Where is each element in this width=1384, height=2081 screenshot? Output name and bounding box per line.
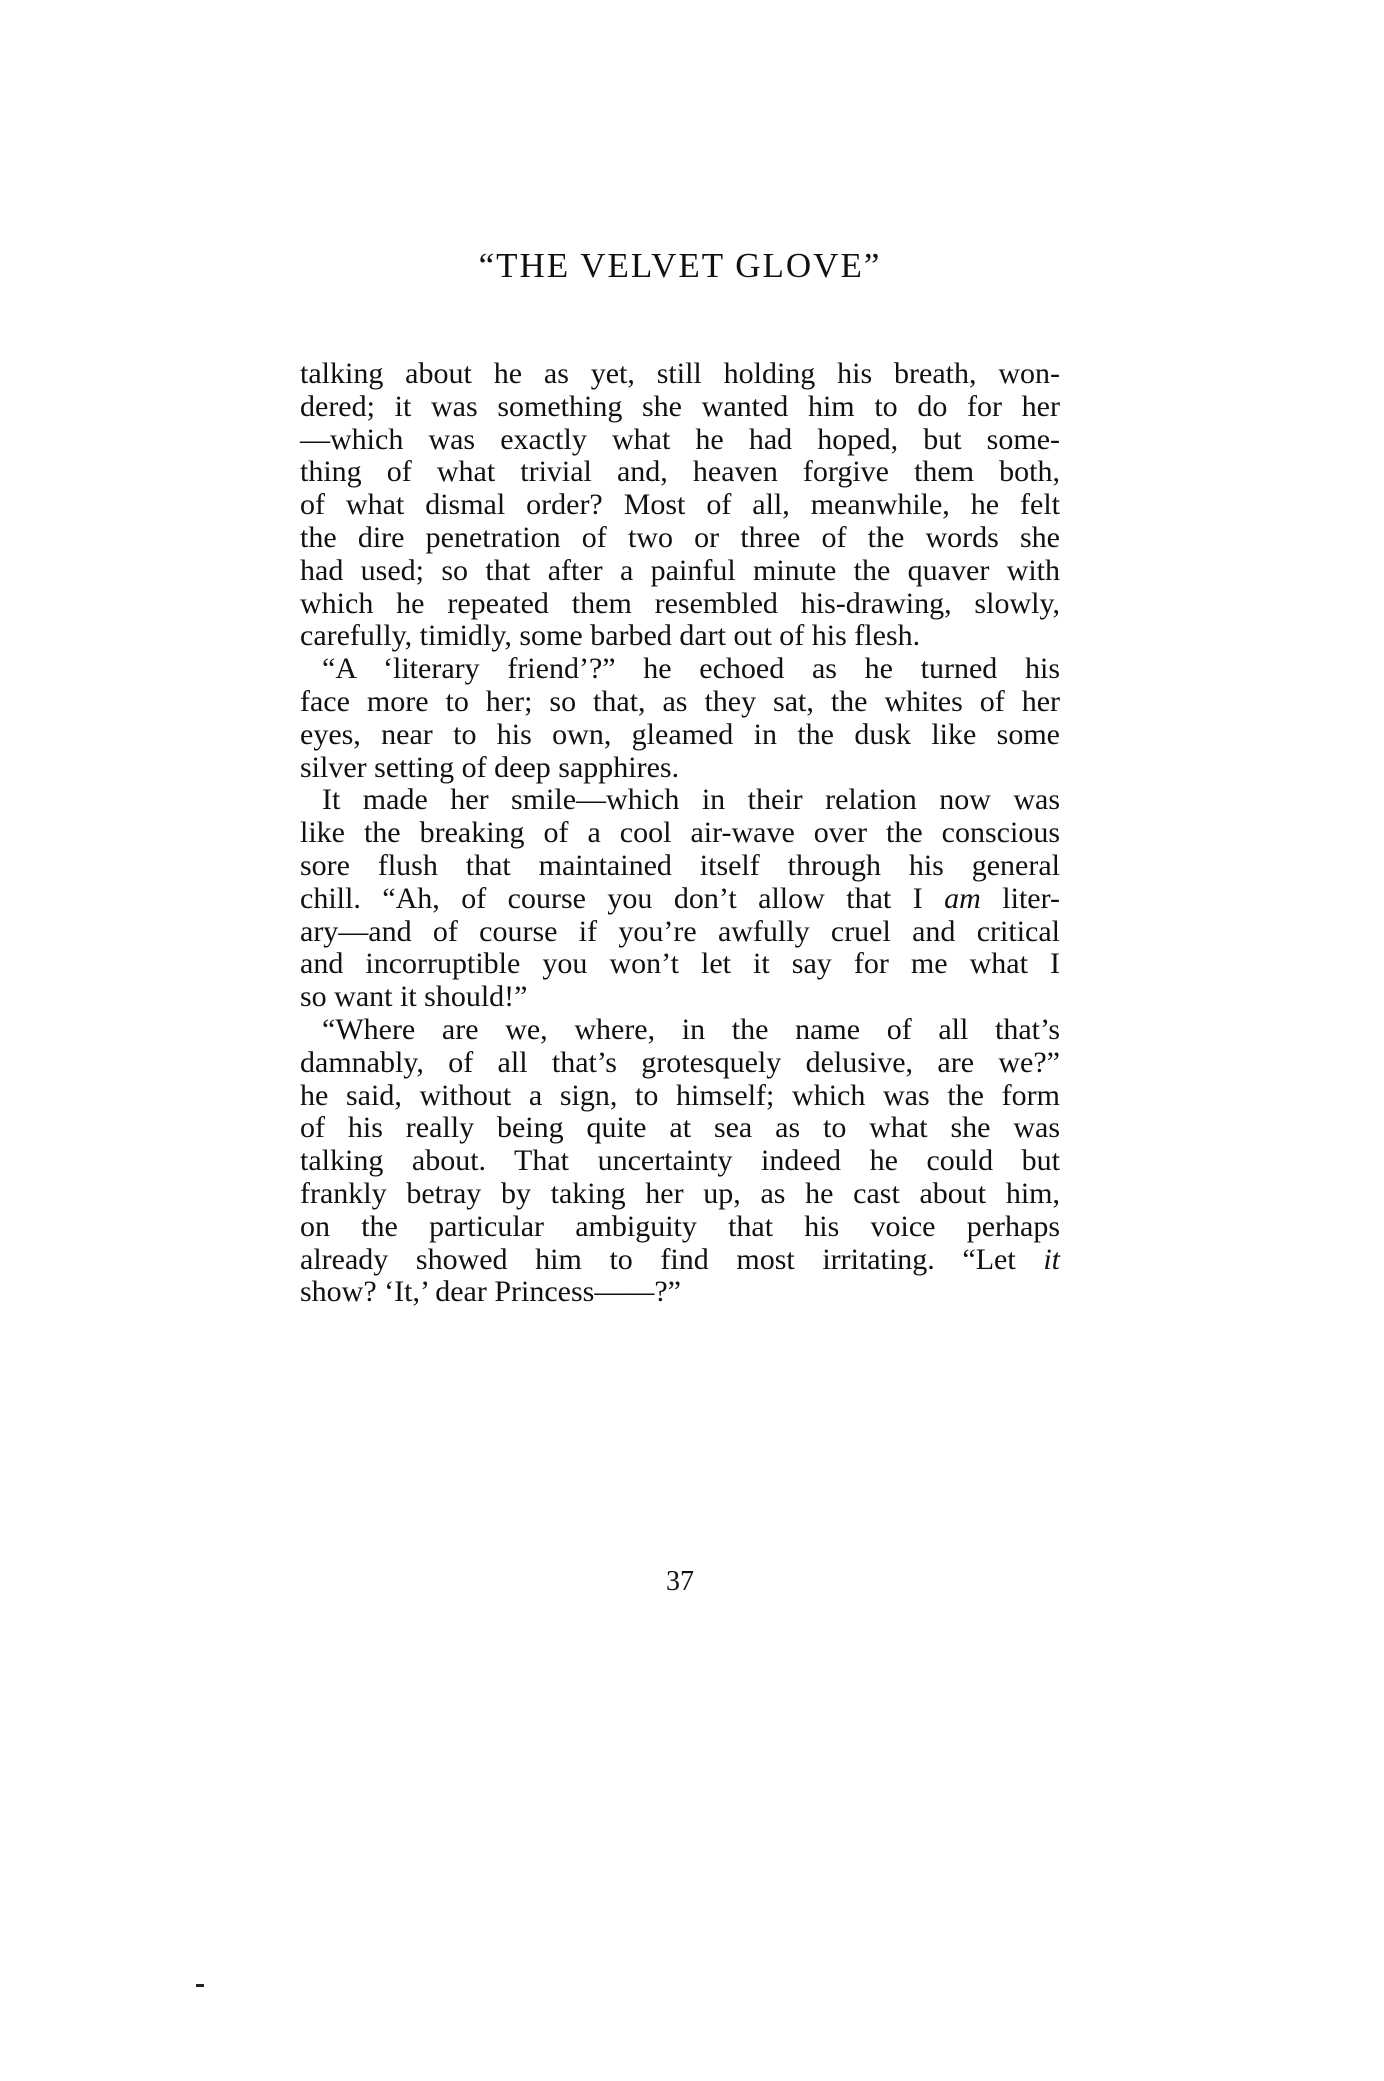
text-line: carefully, timidly, some barbed dart out… xyxy=(300,620,1060,653)
text-line: sore flush that maintained itself throug… xyxy=(300,850,1060,883)
text-line: the dire penetration of two or three of … xyxy=(300,522,1060,555)
book-page: “THE VELVET GLOVE” talking about he as y… xyxy=(0,0,1384,2081)
text-segment: of his really being quite at sea as to w… xyxy=(300,1111,1060,1144)
text-line: face more to her; so that, as they sat, … xyxy=(300,686,1060,719)
text-line: silver setting of deep sapphires. xyxy=(300,752,1060,785)
text-line: eyes, near to his own, gleamed in the du… xyxy=(300,719,1060,752)
text-line: talking about. That uncertainty indeed h… xyxy=(300,1145,1060,1178)
text-line: talking about he as yet, still holding h… xyxy=(300,358,1060,391)
text-segment: the dire penetration of two or three of … xyxy=(300,521,1060,554)
text-segment: “A ‘literary friend’?” he echoed as he t… xyxy=(322,652,1060,685)
text-segment: face more to her; so that, as they sat, … xyxy=(300,685,1060,718)
scan-speck xyxy=(196,1984,204,1987)
text-segment: of what dismal order? Most of all, meanw… xyxy=(300,488,1060,521)
text-segment: liter- xyxy=(981,882,1060,915)
text-segment: sore flush that maintained itself throug… xyxy=(300,849,1060,882)
text-line: dered; it was something she wanted him t… xyxy=(300,391,1060,424)
text-segment: silver setting of deep sapphires. xyxy=(300,751,679,784)
text-segment: “Where are we, where, in the name of all… xyxy=(322,1013,1060,1046)
text-segment: show? ‘It,’ dear Princess——?” xyxy=(300,1275,681,1308)
text-line: on the particular ambiguity that his voi… xyxy=(300,1211,1060,1244)
text-segment: damnably, of all that’s grotesquely delu… xyxy=(300,1046,1060,1079)
text-line: already showed him to find most irritati… xyxy=(300,1244,1060,1277)
page-number: 37 xyxy=(300,1566,1060,1598)
text-segment: eyes, near to his own, gleamed in the du… xyxy=(300,718,1060,751)
italic-text: it xyxy=(1043,1243,1060,1276)
text-segment: already showed him to find most irritati… xyxy=(300,1243,1043,1276)
text-line: of his really being quite at sea as to w… xyxy=(300,1112,1060,1145)
text-segment: so want it should!” xyxy=(300,980,527,1013)
text-segment: he said, without a sign, to himself; whi… xyxy=(300,1079,1060,1112)
text-line: “A ‘literary friend’?” he echoed as he t… xyxy=(300,653,1060,686)
text-line: which he repeated them resembled his-dra… xyxy=(300,588,1060,621)
text-line: —which was exactly what he had hoped, bu… xyxy=(300,424,1060,457)
text-line: thing of what trivial and, heaven forgiv… xyxy=(300,456,1060,489)
text-line: so want it should!” xyxy=(300,981,1060,1014)
text-line: and incorruptible you won’t let it say f… xyxy=(300,948,1060,981)
text-line: chill. “Ah, of course you don’t allow th… xyxy=(300,883,1060,916)
text-segment: chill. “Ah, of course you don’t allow th… xyxy=(300,882,944,915)
text-segment: —which was exactly what he had hoped, bu… xyxy=(300,423,1060,456)
text-segment: It made her smile—which in their relatio… xyxy=(322,783,1060,816)
text-segment: carefully, timidly, some barbed dart out… xyxy=(300,619,920,652)
text-line: ary—and of course if you’re awfully crue… xyxy=(300,916,1060,949)
text-line: of what dismal order? Most of all, meanw… xyxy=(300,489,1060,522)
running-head: “THE VELVET GLOVE” xyxy=(300,246,1060,286)
text-segment: on the particular ambiguity that his voi… xyxy=(300,1210,1060,1243)
text-line: It made her smile—which in their relatio… xyxy=(300,784,1060,817)
text-line: show? ‘It,’ dear Princess——?” xyxy=(300,1276,1060,1309)
text-line: like the breaking of a cool air-wave ove… xyxy=(300,817,1060,850)
text-segment: like the breaking of a cool air-wave ove… xyxy=(300,816,1060,849)
text-segment: thing of what trivial and, heaven forgiv… xyxy=(300,455,1060,488)
text-segment: dered; it was something she wanted him t… xyxy=(300,390,1060,423)
text-segment: frankly betray by taking her up, as he c… xyxy=(300,1177,1060,1210)
text-segment: ary—and of course if you’re awfully crue… xyxy=(300,915,1060,948)
text-line: he said, without a sign, to himself; whi… xyxy=(300,1080,1060,1113)
text-segment: which he repeated them resembled his-dra… xyxy=(300,587,1060,620)
text-segment: talking about he as yet, still holding h… xyxy=(300,357,1060,390)
text-line: had used; so that after a painful minute… xyxy=(300,555,1060,588)
body-text: talking about he as yet, still holding h… xyxy=(300,358,1060,1309)
text-line: “Where are we, where, in the name of all… xyxy=(300,1014,1060,1047)
text-line: damnably, of all that’s grotesquely delu… xyxy=(300,1047,1060,1080)
text-segment: talking about. That uncertainty indeed h… xyxy=(300,1144,1060,1177)
text-segment: and incorruptible you won’t let it say f… xyxy=(300,947,1060,980)
text-segment: had used; so that after a painful minute… xyxy=(300,554,1060,587)
italic-text: am xyxy=(944,882,981,915)
text-line: frankly betray by taking her up, as he c… xyxy=(300,1178,1060,1211)
